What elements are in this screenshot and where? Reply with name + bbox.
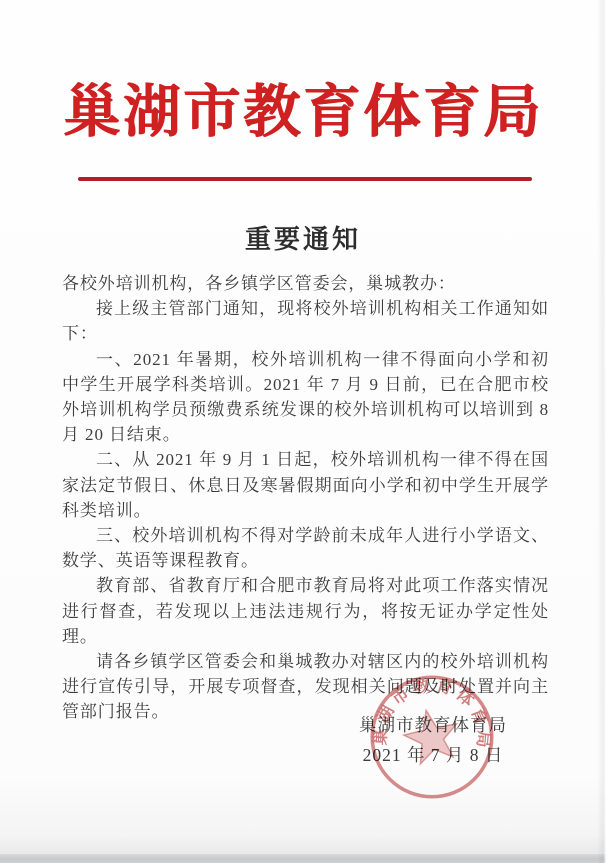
photo-right-edge	[597, 0, 606, 863]
body-paragraph: 教育部、省教育厅和合肥市教育局将对此项工作落实情况进行督查，若发现以上违法违规行…	[62, 573, 549, 649]
page-bottom-shading	[0, 836, 606, 854]
letterhead-title: 巢湖市教育体育局	[0, 70, 606, 156]
body-paragraph: 一、2021 年暑期，校外培训机构一律不得面向小学和初中学生开展学科类培训。20…	[62, 347, 549, 448]
document-page: 巢湖市教育体育局 重要通知 各校外培训机构，各乡镇学区管委会，巢城教办： 接上级…	[0, 0, 606, 863]
notice-title: 重要通知	[0, 219, 606, 256]
signature-block: 巢湖市教育体育局 2021 年 7 月 8 日	[359, 711, 507, 770]
letterhead-rule	[78, 177, 532, 181]
signature-date: 2021 年 7 月 8 日	[359, 741, 507, 771]
salutation-line: 各校外培训机构，各乡镇学区管委会，巢城教办：	[62, 271, 549, 296]
body-paragraph: 三、校外培训机构不得对学龄前未成年人进行小学语文、数学、英语等课程教育。	[62, 523, 549, 573]
notice-body: 各校外培训机构，各乡镇学区管委会，巢城教办： 接上级主管部门通知，现将校外培训机…	[62, 271, 549, 725]
signature-org: 巢湖市教育体育局	[359, 711, 507, 741]
body-paragraph: 接上级主管部门通知，现将校外培训机构相关工作通知如下：	[62, 296, 549, 346]
body-paragraph: 二、从 2021 年 9 月 1 日起，校外培训机构一律不得在国家法定节假日、休…	[62, 447, 549, 523]
photo-bottom-edge	[0, 854, 606, 863]
